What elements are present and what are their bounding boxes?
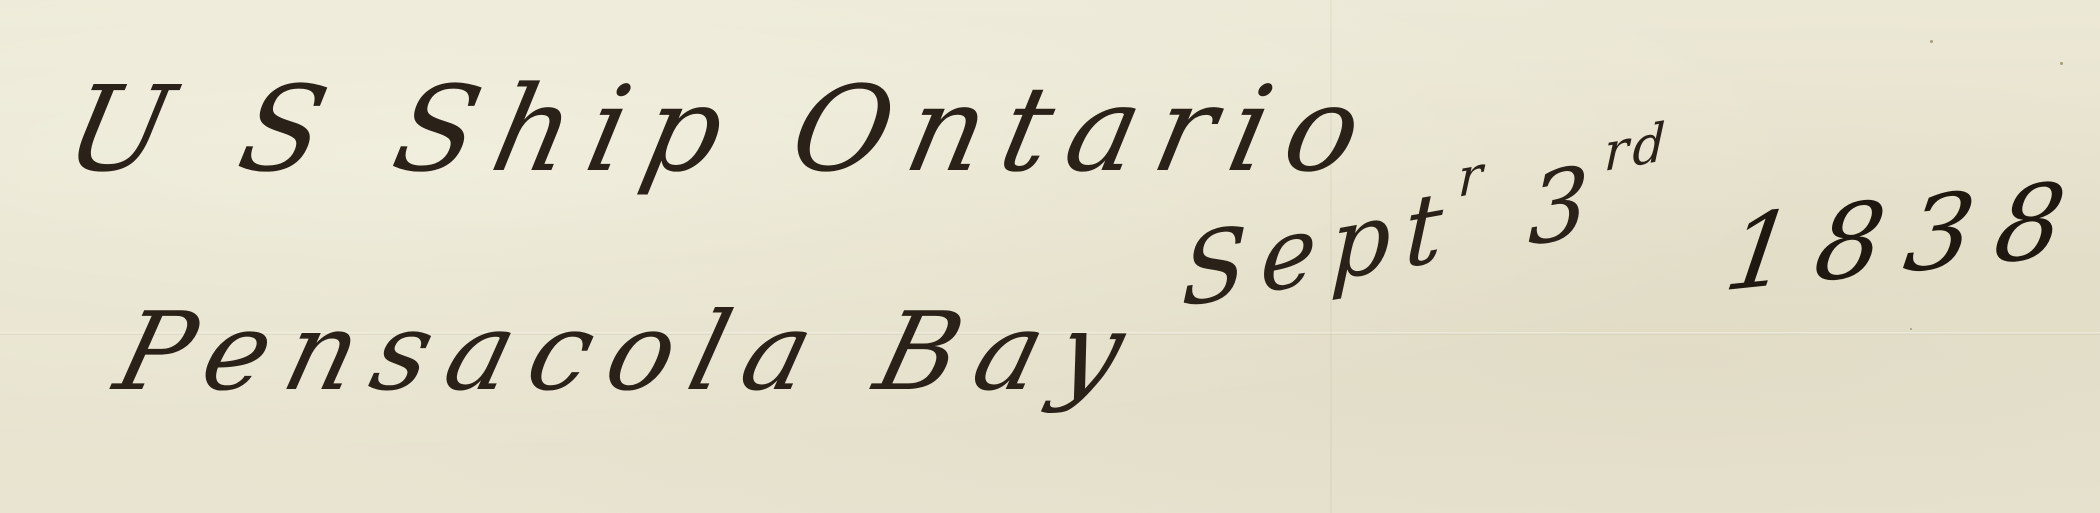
date-day: 3 xyxy=(1527,141,1605,268)
paper-speck xyxy=(1910,328,1912,330)
heading-location: Pensacola Bay xyxy=(104,290,1154,415)
heading-ship-name: U S Ship Ontario xyxy=(55,60,1391,198)
paper-speck xyxy=(2060,62,2063,65)
date-month-suffix: r xyxy=(1457,144,1488,210)
paper-speck xyxy=(1930,40,1933,43)
date-day-suffix: rd xyxy=(1603,112,1670,185)
